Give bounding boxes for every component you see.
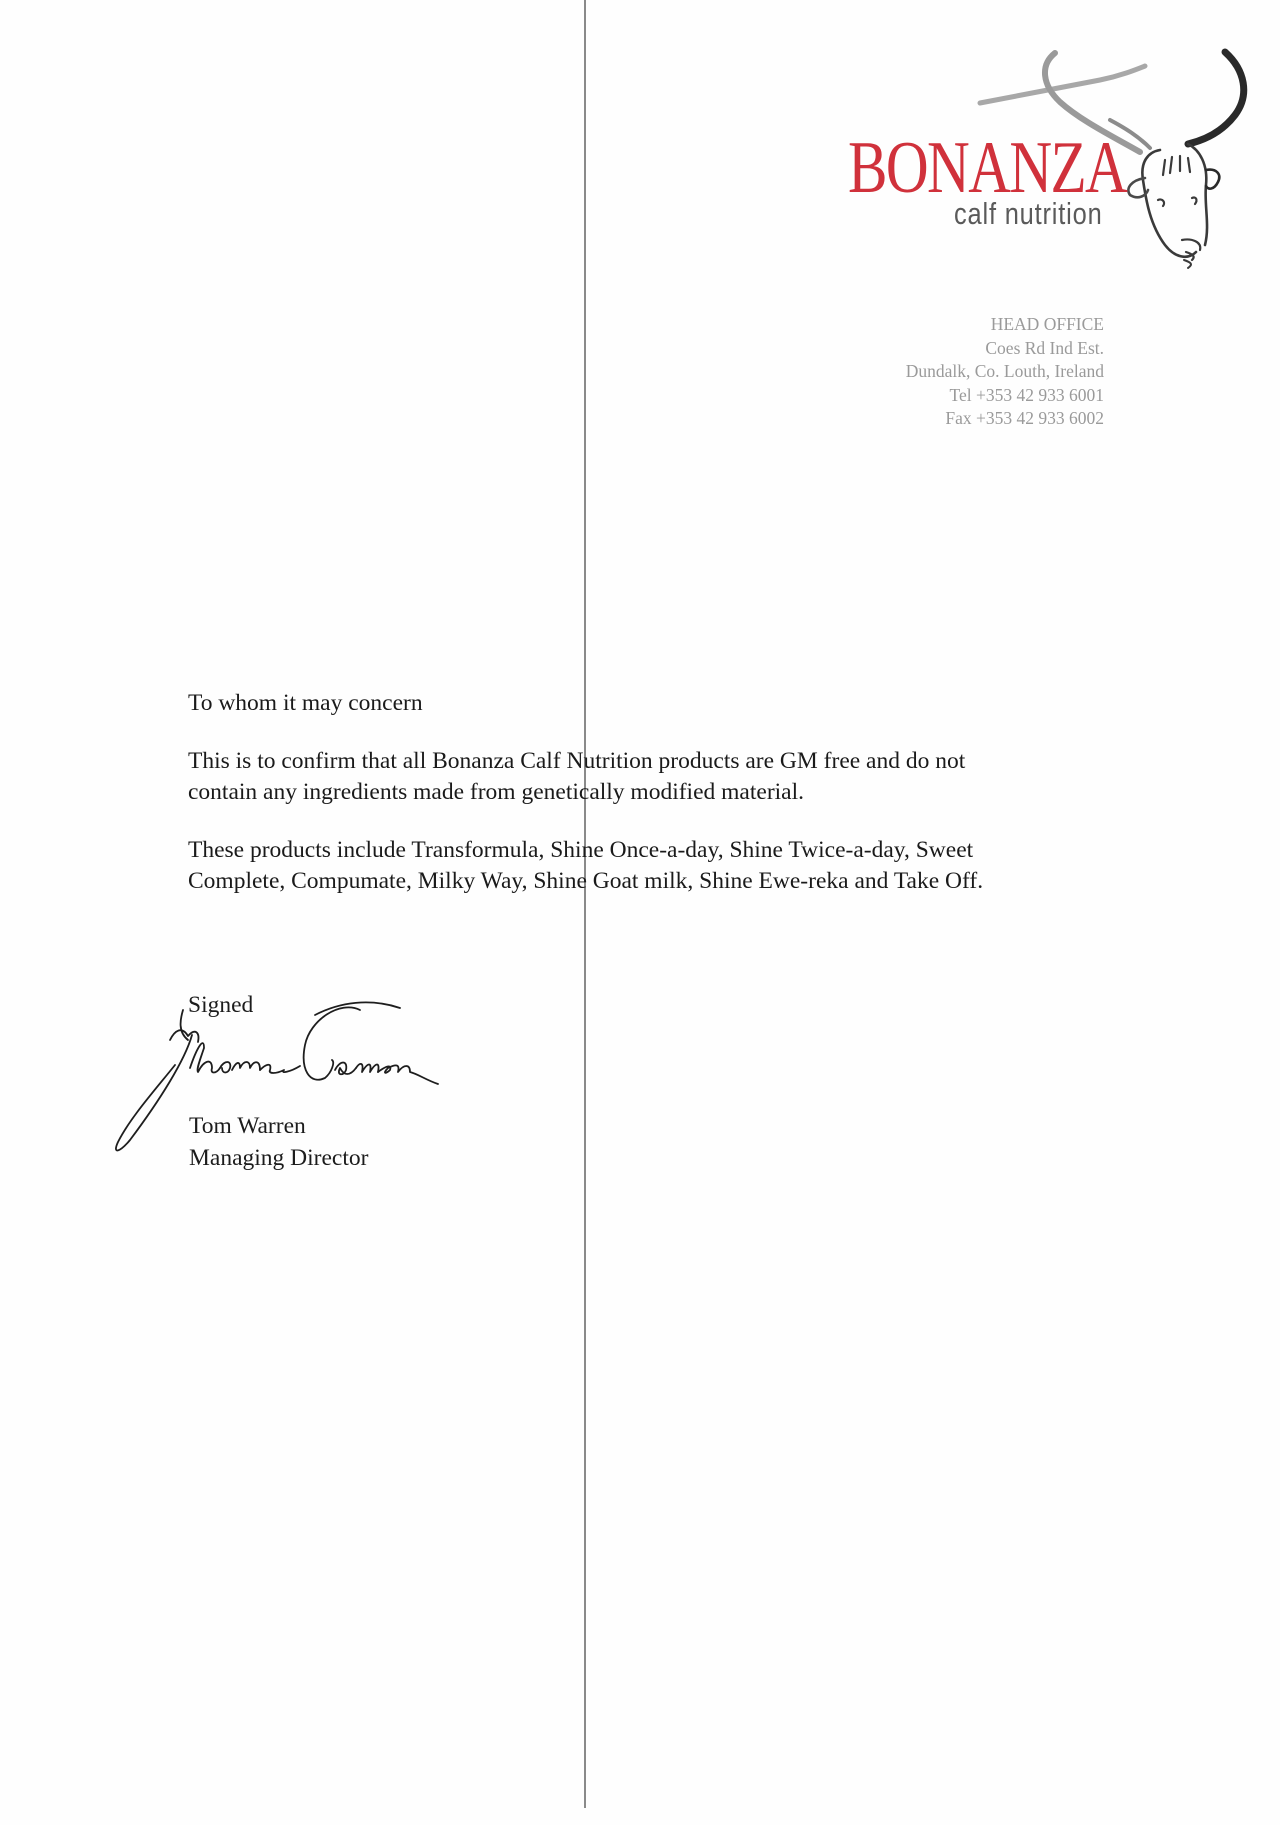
address-label: HEAD OFFICE	[906, 313, 1104, 337]
signer-name: Tom Warren	[189, 1111, 306, 1142]
head-office-address: HEAD OFFICE Coes Rd Ind Est. Dundalk, Co…	[906, 313, 1104, 431]
paragraph-line: Complete, Compumate, Milky Way, Shine Go…	[188, 866, 1108, 897]
address-city: Dundalk, Co. Louth, Ireland	[906, 360, 1104, 384]
paragraph-line: These products include Transformula, Shi…	[188, 835, 1108, 866]
company-logo: BONANZA calf nutrition	[0, 0, 1280, 280]
paragraph-products: These products include Transformula, Shi…	[188, 835, 1108, 897]
letter-body: To whom it may concern This is to confir…	[188, 688, 1108, 897]
paragraph-line: This is to confirm that all Bonanza Calf…	[188, 746, 1108, 777]
signer-title: Managing Director	[189, 1143, 368, 1174]
brand-name: BONANZA	[848, 131, 1126, 205]
brand-tagline: calf nutrition	[954, 198, 1103, 229]
address-street: Coes Rd Ind Est.	[906, 337, 1104, 361]
letter-page: BONANZA calf nutrition HEAD OFFICE Coes …	[0, 0, 1280, 1825]
paragraph-line: contain any ingredients made from geneti…	[188, 777, 1108, 808]
paragraph-gm-free: This is to confirm that all Bonanza Calf…	[188, 746, 1108, 808]
salutation: To whom it may concern	[188, 688, 1108, 719]
address-fax: Fax +353 42 933 6002	[906, 407, 1104, 431]
address-tel: Tel +353 42 933 6001	[906, 384, 1104, 408]
